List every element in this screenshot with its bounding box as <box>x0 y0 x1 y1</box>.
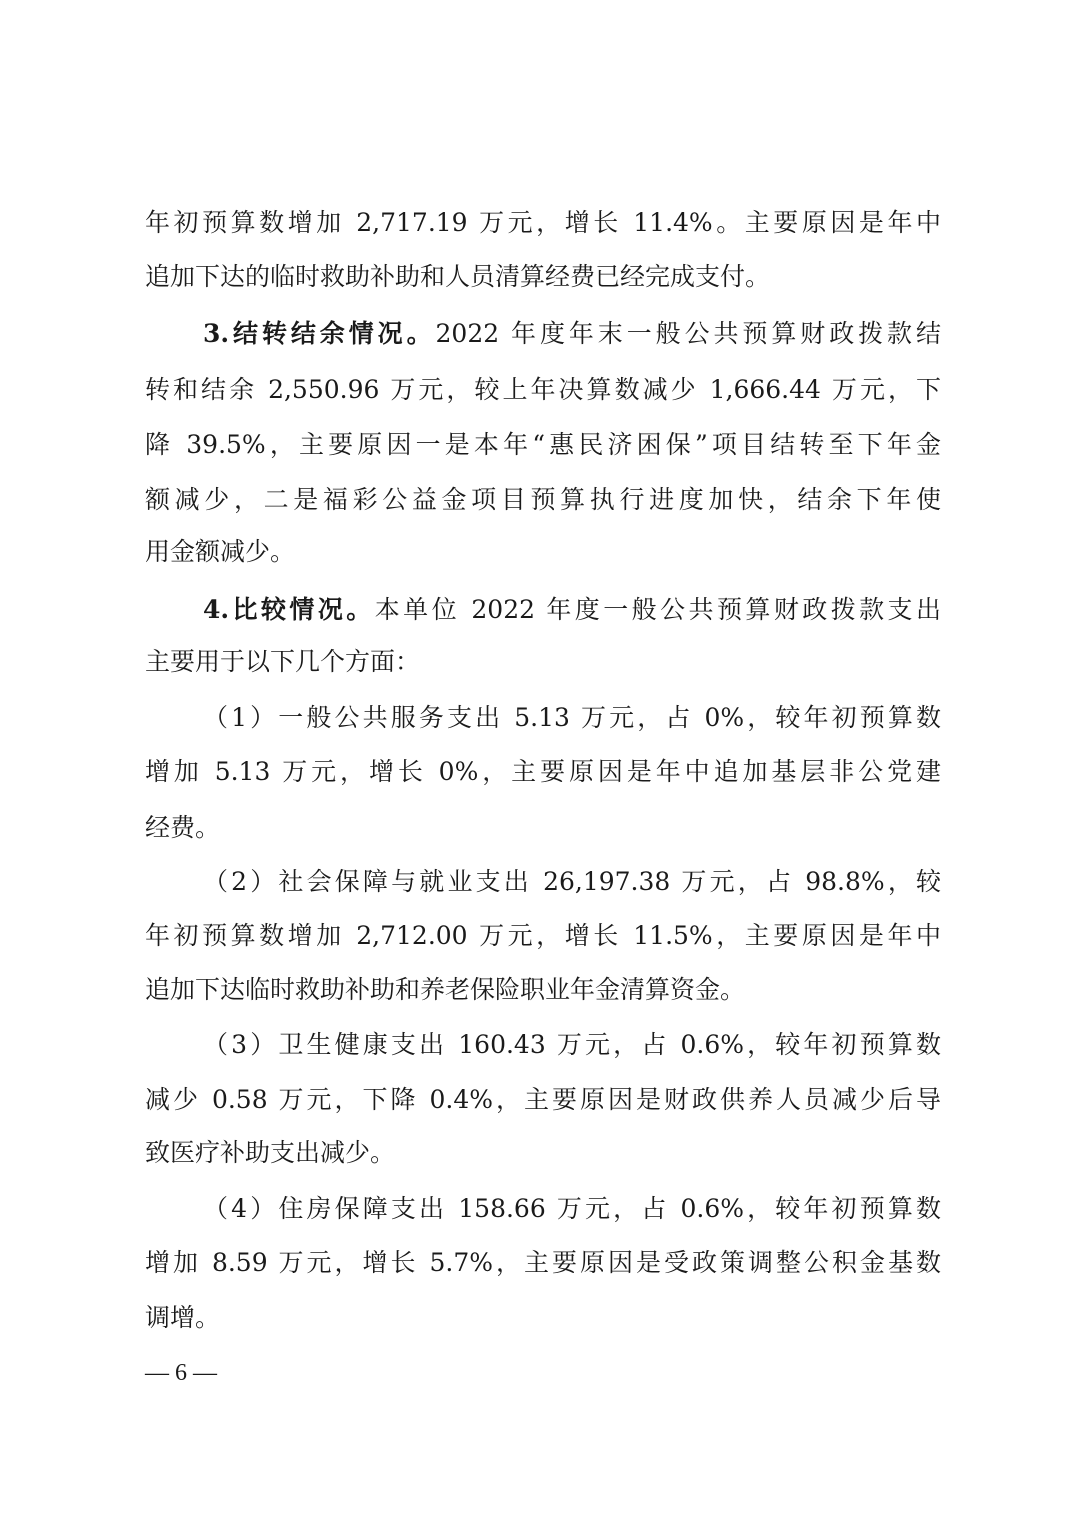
list-item-line: （2）社会保障与就业支出 26,197.38 万元，占 98.8%，较 <box>203 862 941 902</box>
paragraph-line: 追加下达的临时救助补助和人员清算经费已经完成支付。 <box>145 257 941 297</box>
section-heading-line: 3.结转结余情况。2022 年度年末一般公共预算财政拨款结 <box>203 314 941 354</box>
paragraph-line: 经费。 <box>145 808 941 848</box>
line-text: （3）卫生健康支出 160.43 万元，占 0.6%，较年初预算数 <box>203 1030 941 1059</box>
line-text: 额减少，二是福彩公益金项目预算执行进度加快，结余下年使 <box>145 485 941 514</box>
line-text: 2022 年度年末一般公共预算财政拨款结 <box>436 319 941 348</box>
paragraph-line: 年初预算数增加 2,712.00 万元，增长 11.5%，主要原因是年中 <box>145 916 941 956</box>
paragraph-line: 用金额减少。 <box>145 532 941 572</box>
section-heading: 4.比较情况。 <box>203 595 375 624</box>
list-item-line: （3）卫生健康支出 160.43 万元，占 0.6%，较年初预算数 <box>203 1025 941 1065</box>
line-text: 追加下达的临时救助补助和人员清算经费已经完成支付。 <box>145 262 770 291</box>
paragraph-line: 致医疗补助支出减少。 <box>145 1133 941 1173</box>
list-item-line: （1）一般公共服务支出 5.13 万元，占 0%，较年初预算数 <box>203 698 941 738</box>
line-text: （4）住房保障支出 158.66 万元，占 0.6%，较年初预算数 <box>203 1194 941 1223</box>
line-text: 主要用于以下几个方面： <box>145 647 420 676</box>
line-text: 用金额减少。 <box>145 537 295 566</box>
paragraph-line: 增加 8.59 万元，增长 5.7%，主要原因是受政策调整公积金基数 <box>145 1243 941 1283</box>
line-text: 增加 8.59 万元，增长 5.7%，主要原因是受政策调整公积金基数 <box>145 1248 941 1277</box>
paragraph-line: 转和结余 2,550.96 万元，较上年决算数减少 1,666.44 万元，下 <box>145 370 941 410</box>
line-text: 本单位 2022 年度一般公共预算财政拨款支出 <box>375 595 941 624</box>
paragraph-line: 额减少，二是福彩公益金项目预算执行进度加快，结余下年使 <box>145 480 941 520</box>
line-text: 增加 5.13 万元，增长 0%，主要原因是年中追加基层非公党建 <box>145 757 941 786</box>
section-heading-line: 4.比较情况。本单位 2022 年度一般公共预算财政拨款支出 <box>203 590 941 630</box>
paragraph-line: 年初预算数增加 2,717.19 万元，增长 11.4%。主要原因是年中 <box>145 203 941 243</box>
paragraph-line: 调增。 <box>145 1298 941 1338</box>
paragraph-line: 增加 5.13 万元，增长 0%，主要原因是年中追加基层非公党建 <box>145 752 941 792</box>
line-text: （2）社会保障与就业支出 26,197.38 万元，占 98.8%，较 <box>203 867 941 896</box>
list-item-line: （4）住房保障支出 158.66 万元，占 0.6%，较年初预算数 <box>203 1189 941 1229</box>
page-number: — 6 — <box>145 1358 217 1388</box>
line-text: 致医疗补助支出减少。 <box>145 1138 395 1167</box>
paragraph-line: 减少 0.58 万元，下降 0.4%，主要原因是财政供养人员减少后导 <box>145 1080 941 1120</box>
section-heading: 3.结转结余情况。 <box>203 319 436 348</box>
line-text: （1）一般公共服务支出 5.13 万元，占 0%，较年初预算数 <box>203 703 941 732</box>
line-text: 年初预算数增加 2,712.00 万元，增长 11.5%，主要原因是年中 <box>145 921 941 950</box>
line-text: 年初预算数增加 2,717.19 万元，增长 11.4%。主要原因是年中 <box>145 208 941 237</box>
line-text: 经费。 <box>145 813 220 842</box>
line-text: 减少 0.58 万元，下降 0.4%，主要原因是财政供养人员减少后导 <box>145 1085 941 1114</box>
paragraph-line: 主要用于以下几个方面： <box>145 642 941 682</box>
line-text: 调增。 <box>145 1303 220 1332</box>
document-page: 年初预算数增加 2,717.19 万元，增长 11.4%。主要原因是年中 追加下… <box>0 0 1075 1521</box>
line-text: 降 39.5%，主要原因一是本年“惠民济困保”项目结转至下年金 <box>145 430 941 459</box>
line-text: 转和结余 2,550.96 万元，较上年决算数减少 1,666.44 万元，下 <box>145 375 941 404</box>
line-text: 追加下达临时救助补助和养老保险职业年金清算资金。 <box>145 975 745 1004</box>
paragraph-line: 降 39.5%，主要原因一是本年“惠民济困保”项目结转至下年金 <box>145 425 941 465</box>
paragraph-line: 追加下达临时救助补助和养老保险职业年金清算资金。 <box>145 970 941 1010</box>
